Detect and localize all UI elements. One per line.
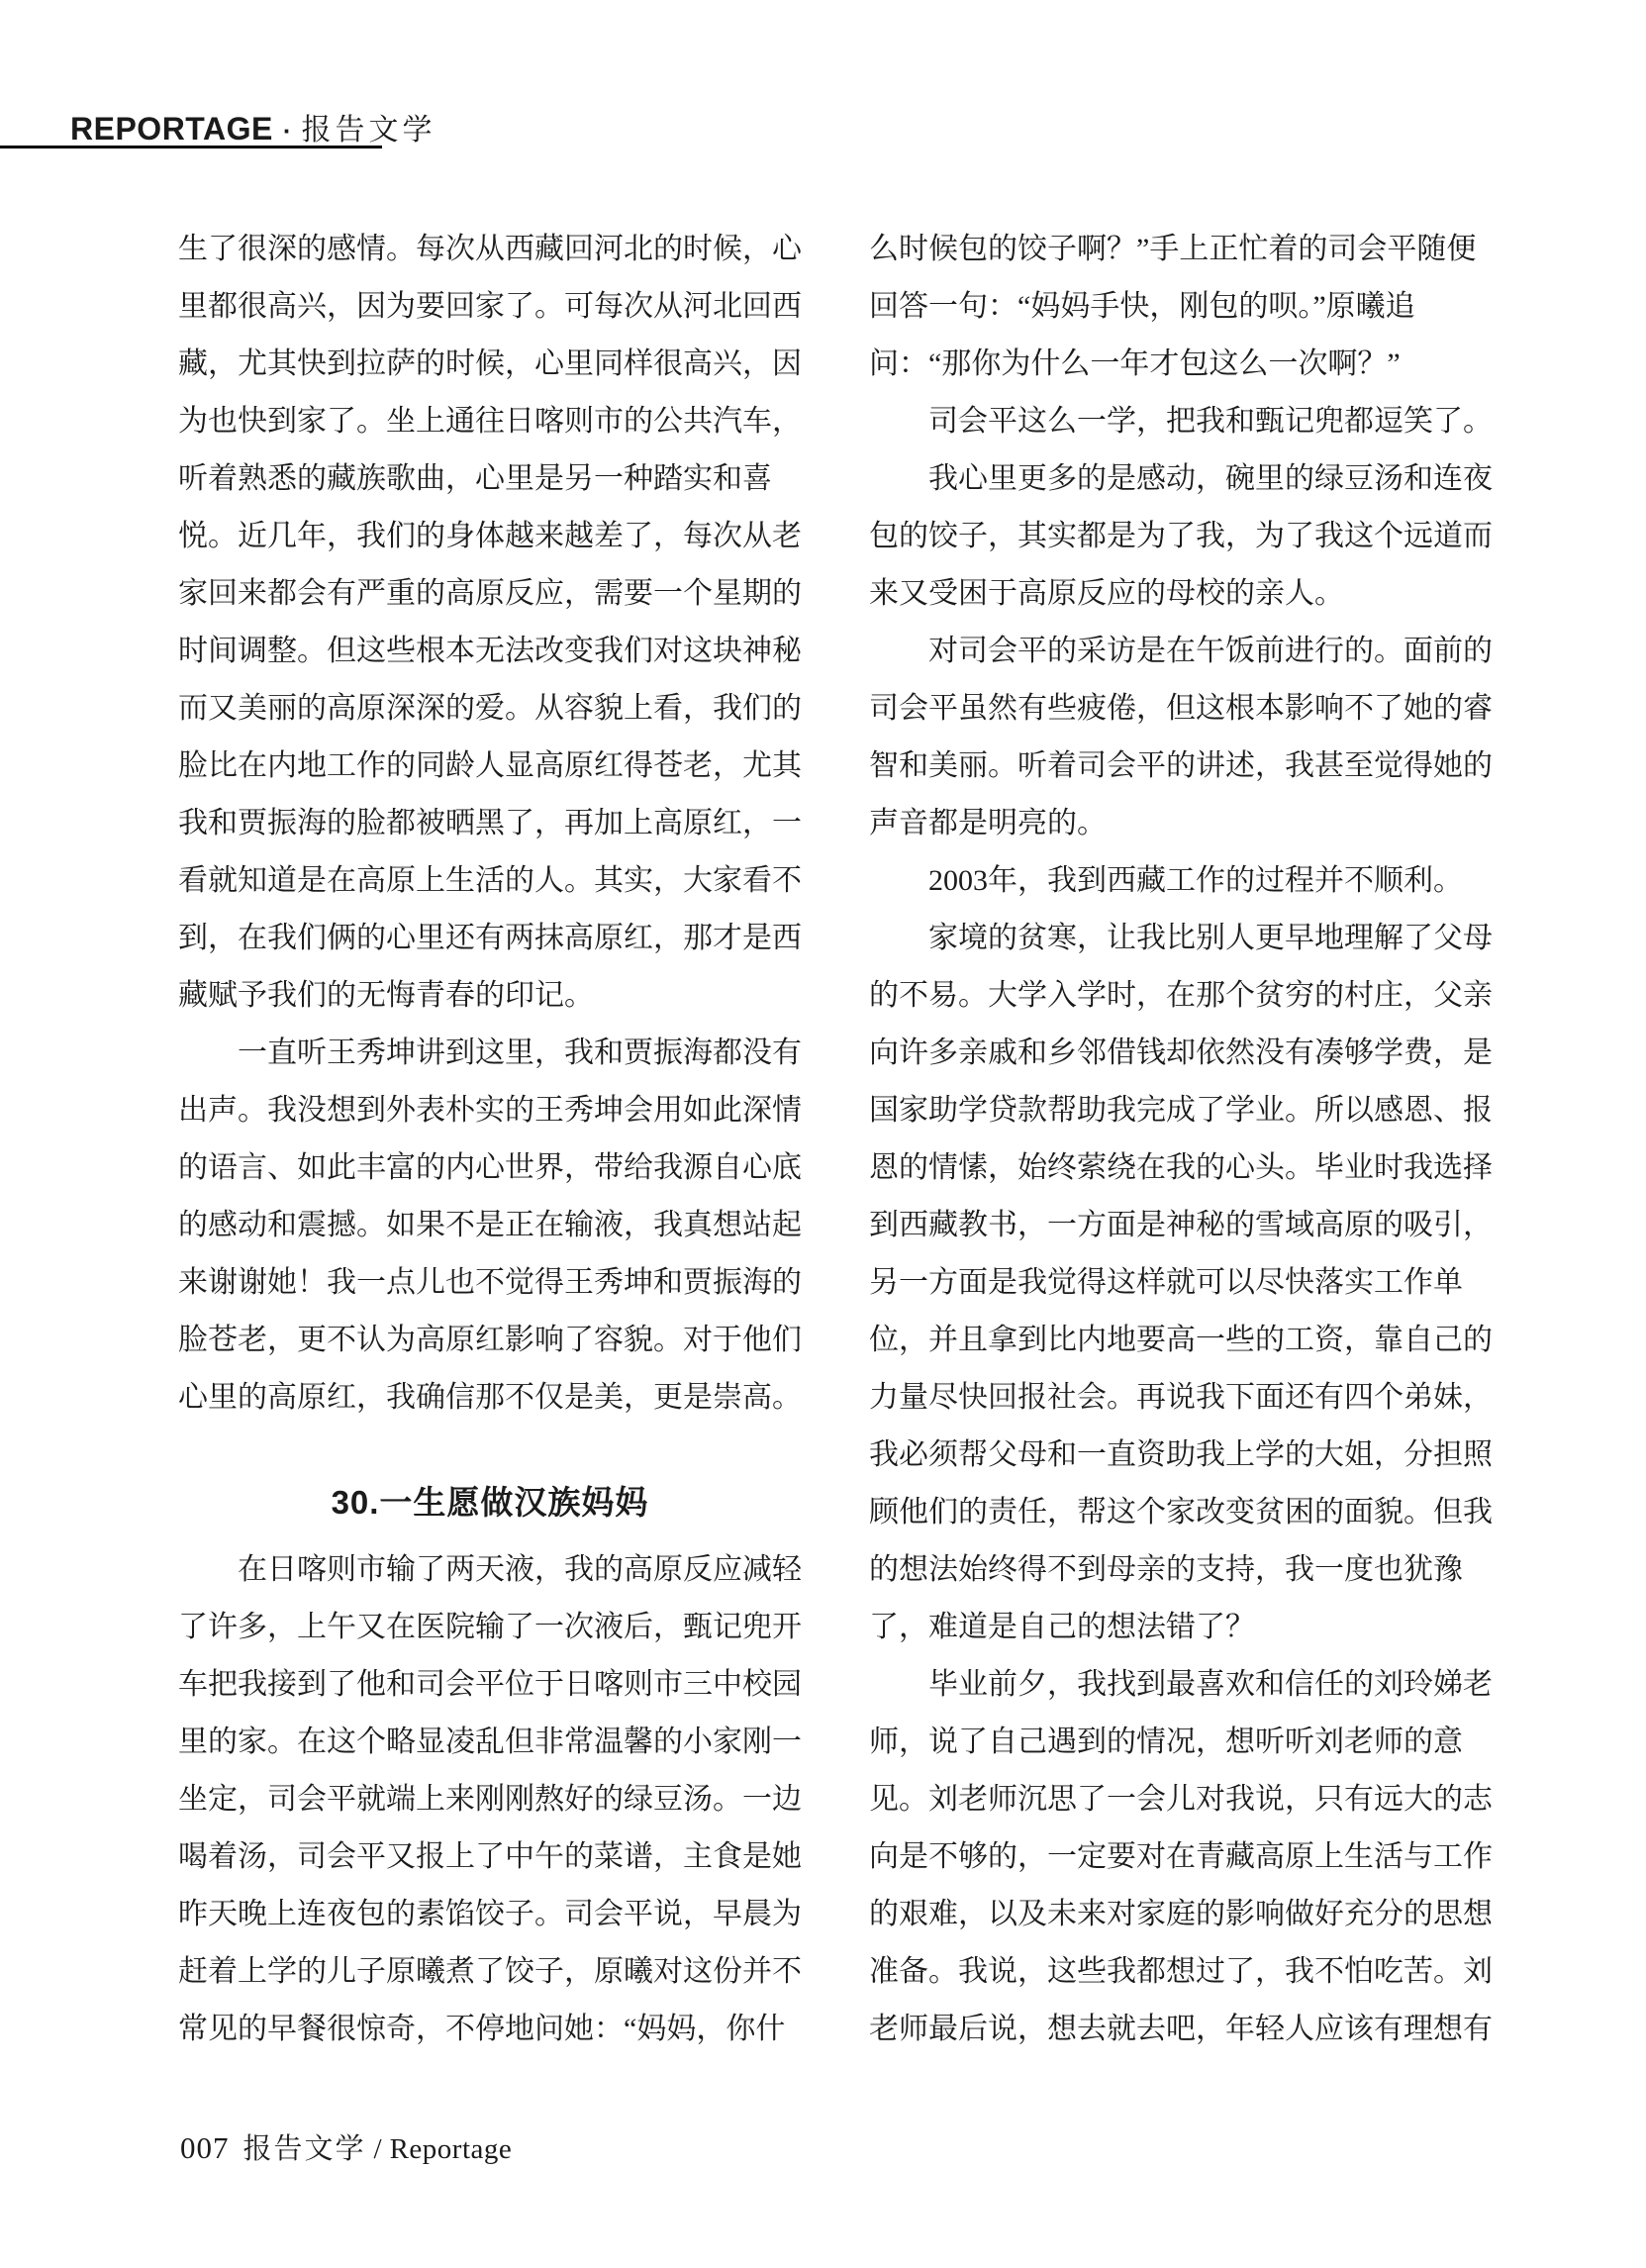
text-line: 么时候包的饺子啊？”手上正忙着的司会平随便 — [869, 221, 1493, 278]
page-footer: 007 报告文学 / Reportage — [180, 2126, 512, 2167]
text-line: 声音都是明亮的。 — [869, 795, 1493, 852]
text-line: 对司会平的采访是在午饭前进行的。面前的 — [869, 623, 1493, 680]
text-line: 另一方面是我觉得这样就可以尽快落实工作单 — [869, 1254, 1493, 1312]
text-line: 我心里更多的是感动，碗里的绿豆汤和连夜 — [869, 450, 1493, 508]
text-line: 里都很高兴，因为要回家了。可每次从河北回西 — [178, 278, 802, 336]
text-line: 家境的贫寒，让我比别人更早地理解了父母 — [869, 910, 1493, 967]
text-line: 司会平这么一学，把我和甄记兜都逗笑了。 — [869, 393, 1493, 450]
text-line: 包的饺子，其实都是为了我，为了我这个远道而 — [869, 508, 1493, 565]
text-line: 恩的情愫，始终萦绕在我的心头。毕业时我选择 — [869, 1139, 1493, 1197]
text-line: 里的家。在这个略显凌乱但非常温馨的小家刚一 — [178, 1714, 802, 1771]
text-line: 车把我接到了他和司会平位于日喀则市三中校园 — [178, 1656, 802, 1714]
text-line: 来又受困于高原反应的母校的亲人。 — [869, 565, 1493, 623]
text-line: 在日喀则市输了两天液，我的高原反应减轻 — [178, 1541, 802, 1599]
text-line: 来谢谢她！我一点儿也不觉得王秀坤和贾振海的 — [178, 1254, 802, 1312]
text-line: 喝着汤，司会平又报上了中午的菜谱，主食是她 — [178, 1828, 802, 1886]
page-number: 007 — [180, 2130, 230, 2166]
text-line: 的想法始终得不到母亲的支持，我一度也犹豫 — [869, 1541, 1493, 1599]
text-line: 坐定，司会平就端上来刚刚熬好的绿豆汤。一边 — [178, 1771, 802, 1828]
text-line: 出声。我没想到外表朴实的王秀坤会用如此深情 — [178, 1082, 802, 1139]
right-column: 么时候包的饺子啊？”手上正忙着的司会平随便回答一句：“妈妈手快，刚包的呗。”原曦… — [869, 221, 1493, 2058]
text-line: 家回来都会有严重的高原反应，需要一个星期的 — [178, 565, 802, 623]
text-line: 的不易。大学入学时，在那个贫穷的村庄，父亲 — [869, 967, 1493, 1025]
text-line: 听着熟悉的藏族歌曲，心里是另一种踏实和喜 — [178, 450, 802, 508]
text-line: 悦。近几年，我们的身体越来越差了，每次从老 — [178, 508, 802, 565]
text-line: 了，难道是自己的想法错了？ — [869, 1599, 1493, 1656]
masthead-separator-dot: · — [283, 116, 292, 147]
left-column-block-1: 生了很深的感情。每次从西藏回河北的时候，心里都很高兴，因为要回家了。可每次从河北… — [178, 221, 802, 1427]
text-line: 一直听王秀坤讲到这里，我和贾振海都没有 — [178, 1025, 802, 1082]
text-line: 问：“那你为什么一年才包这么一次啊？” — [869, 336, 1493, 393]
text-line: 心里的高原红，我确信那不仅是美，更是崇高。 — [178, 1369, 802, 1427]
text-line: 昨天晚上连夜包的素馅饺子。司会平说，早晨为 — [178, 1886, 802, 1943]
text-line: 藏，尤其快到拉萨的时候，心里同样很高兴，因 — [178, 336, 802, 393]
text-line: 2003年，我到西藏工作的过程并不顺利。 — [869, 852, 1493, 910]
text-line: 生了很深的感情。每次从西藏回河北的时候，心 — [178, 221, 802, 278]
text-line: 到，在我们俩的心里还有两抹高原红，那才是西 — [178, 910, 802, 967]
text-line: 的艰难，以及未来对家庭的影响做好充分的思想 — [869, 1886, 1493, 1943]
text-line: 的语言、如此丰富的内心世界，带给我源自心底 — [178, 1139, 802, 1197]
masthead-magazine-name: REPORTAGE — [70, 111, 273, 148]
text-line: 司会平虽然有些疲倦，但这根本影响不了她的睿 — [869, 680, 1493, 738]
text-line: 我必须帮父母和一直资助我上学的大姐，分担照 — [869, 1427, 1493, 1484]
text-line: 顾他们的责任，帮这个家改变贫困的面貌。但我 — [869, 1484, 1493, 1541]
text-line: 见。刘老师沉思了一会儿对我说，只有远大的志 — [869, 1771, 1493, 1828]
section-heading: 30.一生愿做汉族妈妈 — [178, 1427, 802, 1541]
text-line: 老师最后说，想去就去吧，年轻人应该有理想有 — [869, 2001, 1493, 2058]
text-line: 国家助学贷款帮助我完成了学业。所以感恩、报 — [869, 1082, 1493, 1139]
text-line: 智和美丽。听着司会平的讲述，我甚至觉得她的 — [869, 738, 1493, 795]
text-line: 位，并且拿到比内地要高一些的工资，靠自己的 — [869, 1312, 1493, 1369]
left-column: 生了很深的感情。每次从西藏回河北的时候，心里都很高兴，因为要回家了。可每次从河北… — [178, 221, 802, 2058]
text-line: 脸苍老，更不认为高原红影响了容貌。对于他们 — [178, 1312, 802, 1369]
text-line: 看就知道是在高原上生活的人。其实，大家看不 — [178, 852, 802, 910]
masthead: REPORTAGE · 报告文学 — [70, 105, 436, 148]
text-line: 我和贾振海的脸都被晒黑了，再加上高原红，一 — [178, 795, 802, 852]
left-column-block-2: 在日喀则市输了两天液，我的高原反应减轻了许多，上午又在医院输了一次液后，甄记兜开… — [178, 1541, 802, 2058]
magazine-page: { "header": { "magazine_label": "REPORTA… — [0, 0, 1646, 2268]
text-line: 到西藏教书，一方面是神秘的雪域高原的吸引， — [869, 1197, 1493, 1254]
text-line: 准备。我说，这些我都想过了，我不怕吃苦。刘 — [869, 1943, 1493, 2001]
text-line: 为也快到家了。坐上通往日喀则市的公共汽车， — [178, 393, 802, 450]
footer-section-cn: 报告文学 — [243, 2126, 366, 2167]
footer-section-en: Reportage — [390, 2133, 513, 2166]
footer-separator-slash: / — [374, 2133, 382, 2166]
text-line: 了许多，上午又在医院输了一次液后，甄记兜开 — [178, 1599, 802, 1656]
masthead-rule — [0, 146, 382, 148]
masthead-section-name: 报告文学 — [301, 105, 436, 148]
text-line: 毕业前夕，我找到最喜欢和信任的刘玲娣老 — [869, 1656, 1493, 1714]
right-column-block: 么时候包的饺子啊？”手上正忙着的司会平随便回答一句：“妈妈手快，刚包的呗。”原曦… — [869, 221, 1493, 2058]
text-line: 而又美丽的高原深深的爱。从容貌上看，我们的 — [178, 680, 802, 738]
text-line: 力量尽快回报社会。再说我下面还有四个弟妹， — [869, 1369, 1493, 1427]
text-line: 向许多亲戚和乡邻借钱却依然没有凑够学费，是 — [869, 1025, 1493, 1082]
text-line: 藏赋予我们的无悔青春的印记。 — [178, 967, 802, 1025]
text-line: 脸比在内地工作的同龄人显高原红得苍老，尤其 — [178, 738, 802, 795]
text-line: 回答一句：“妈妈手快，刚包的呗。”原曦追 — [869, 278, 1493, 336]
text-line: 向是不够的，一定要对在青藏高原上生活与工作 — [869, 1828, 1493, 1886]
text-line: 赶着上学的儿子原曦煮了饺子，原曦对这份并不 — [178, 1943, 802, 2001]
text-line: 常见的早餐很惊奇，不停地问她：“妈妈，你什 — [178, 2001, 802, 2058]
text-line: 的感动和震撼。如果不是正在输液，我真想站起 — [178, 1197, 802, 1254]
text-line: 时间调整。但这些根本无法改变我们对这块神秘 — [178, 623, 802, 680]
text-line: 师，说了自己遇到的情况，想听听刘老师的意 — [869, 1714, 1493, 1771]
